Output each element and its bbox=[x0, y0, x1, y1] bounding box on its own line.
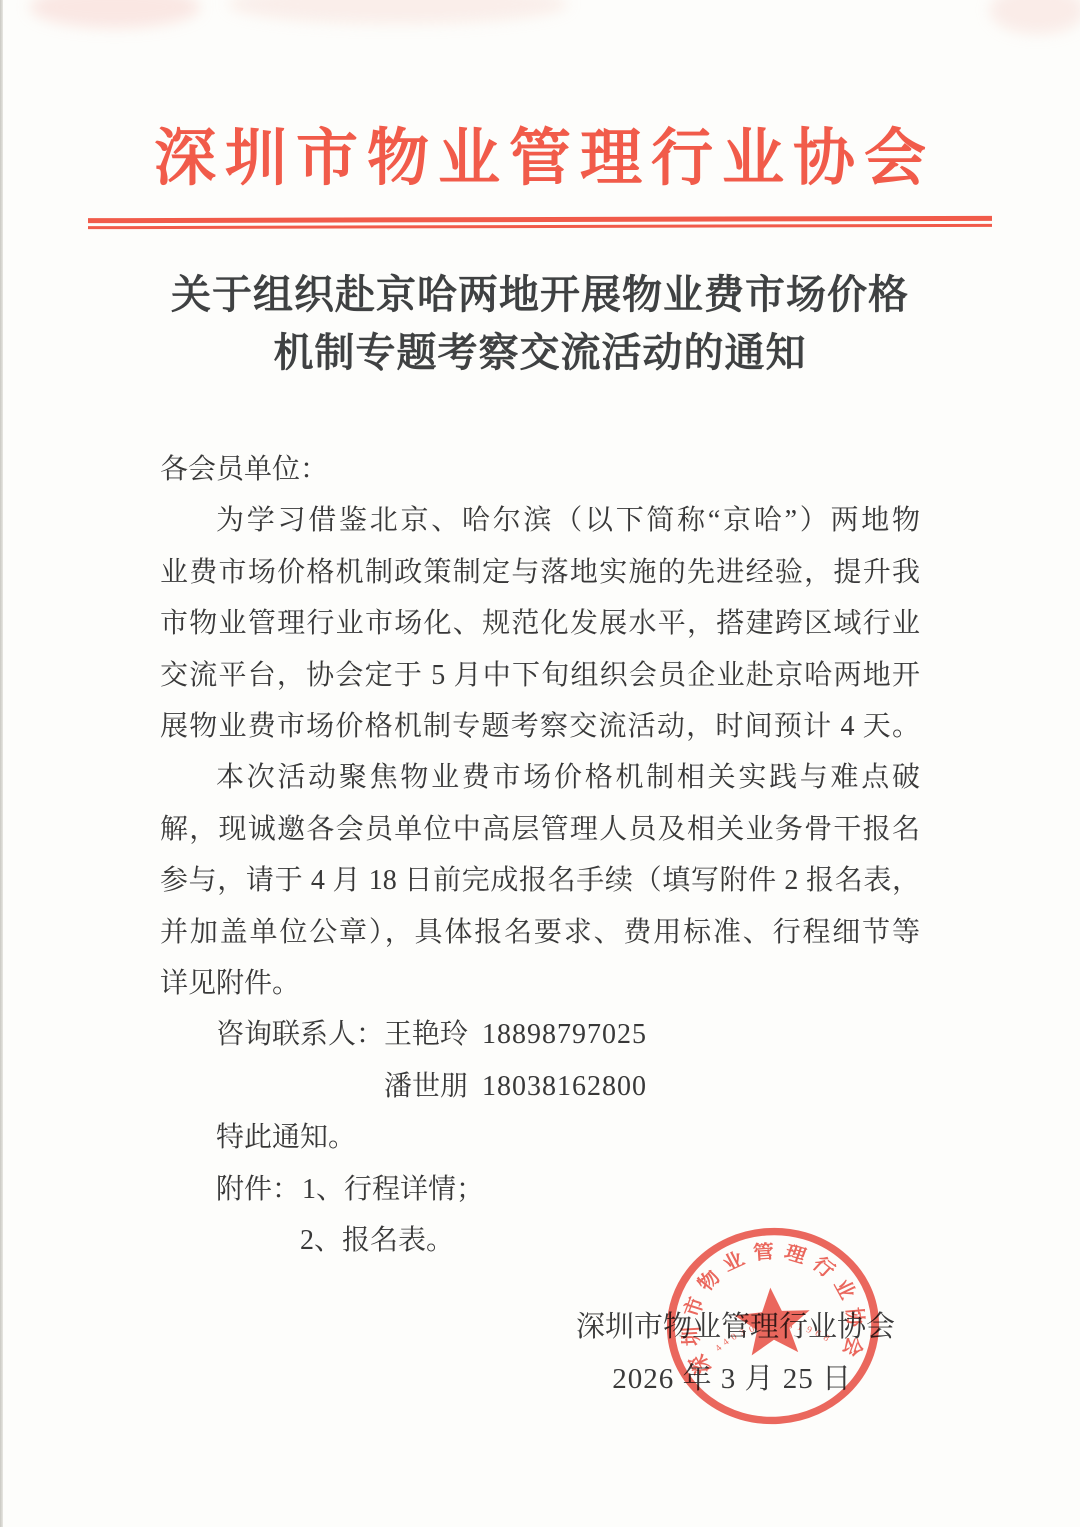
body-line: 详见附件。 bbox=[160, 958, 920, 1009]
attachment-item-2: 2、报名表。 bbox=[300, 1225, 454, 1256]
letterhead-divider bbox=[88, 216, 992, 229]
title-line-1: 关于组织赴京哈两地开展物业费市场价格 bbox=[0, 266, 1080, 324]
letterhead-org-name: 深圳市物业管理行业协会 bbox=[0, 108, 1080, 197]
body-line: 交流平台，协会定于 5 月中下旬组织会员企业赴京哈两地开 bbox=[160, 650, 920, 701]
title-line-2: 机制专题考察交流活动的通知 bbox=[0, 324, 1080, 382]
body-line: 业费市场价格机制政策制定与落地实施的先进经验，提升我 bbox=[160, 547, 920, 598]
letterhead: 深圳市物业管理行业协会 bbox=[0, 0, 1080, 228]
scanned-notice-page: 深圳市物业管理行业协会 关于组织赴京哈两地开展物业费市场价格 机制专题考察交流活… bbox=[0, 0, 1080, 1527]
document-title: 关于组织赴京哈两地开展物业费市场价格 机制专题考察交流活动的通知 bbox=[0, 266, 1080, 382]
body-line: 解，现诚邀各会员单位中高层管理人员及相关业务骨干报名 bbox=[160, 804, 920, 855]
body-line: 展物业费市场价格机制专题考察交流活动，时间预计 4 天。 bbox=[160, 701, 920, 752]
salutation: 各会员单位： bbox=[160, 444, 920, 495]
contact-line-2: 潘世朋18038162800 bbox=[160, 1061, 920, 1112]
contact-1-name: 王艳玲 bbox=[384, 1019, 468, 1050]
document-body: 各会员单位： 为学习借鉴北京、哈尔滨（以下简称“京哈”）两地物 业费市场价格机制… bbox=[160, 444, 920, 1267]
attachment-item-1: 1、行程详情； bbox=[302, 1174, 484, 1205]
contact-2-phone: 18038162800 bbox=[482, 1071, 647, 1102]
contact-2-name: 潘世朋 bbox=[384, 1071, 468, 1102]
attachments-label: 附件： bbox=[216, 1174, 300, 1205]
official-seal-stamp: 深圳市物业管理行业协会 4403041031968 bbox=[647, 1208, 900, 1444]
contact-line-1: 咨询联系人：王艳玲18898797025 bbox=[160, 1009, 920, 1060]
closing-line: 特此通知。 bbox=[160, 1112, 920, 1163]
body-line: 为学习借鉴北京、哈尔滨（以下简称“京哈”）两地物 bbox=[160, 495, 920, 546]
body-line: 并加盖单位公章），具体报名要求、费用标准、行程细节等 bbox=[160, 907, 920, 958]
attachments-line-1: 附件：1、行程详情； bbox=[160, 1164, 920, 1215]
contact-1-phone: 18898797025 bbox=[482, 1019, 647, 1050]
contact-label: 咨询联系人： bbox=[216, 1019, 384, 1050]
body-line: 市物业管理行业市场化、规范化发展水平，搭建跨区域行业 bbox=[160, 598, 920, 649]
body-line: 本次活动聚焦物业费市场价格机制相关实践与难点破 bbox=[160, 752, 920, 803]
body-line: 参与，请于 4 月 18 日前完成报名手续（填写附件 2 报名表， bbox=[160, 855, 920, 906]
scan-edge-artifact bbox=[0, 0, 3, 1527]
